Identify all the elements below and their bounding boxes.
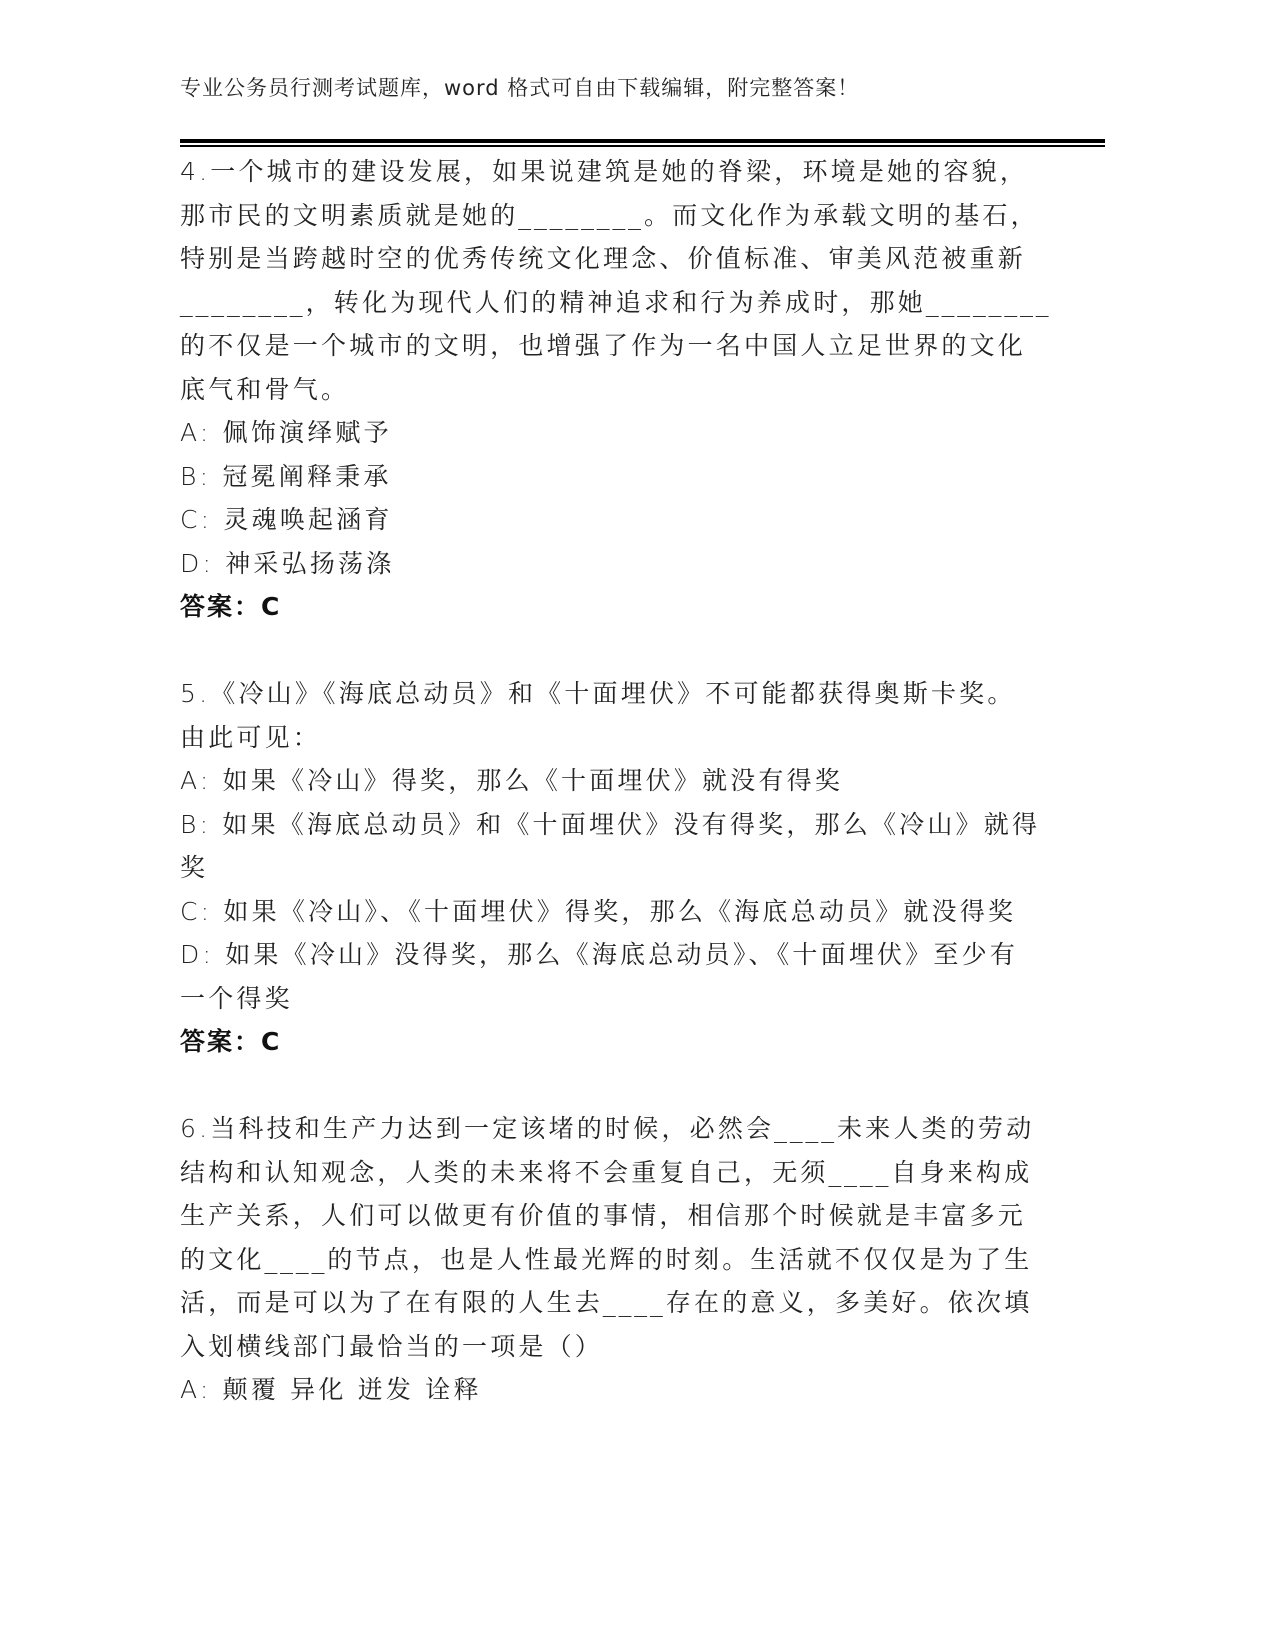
question-6: 6.当科技和生产力达到一定该堵的时候，必然会____未来人类的劳动 结构和认知观… [180,1107,1030,1412]
question-stem-line: 底气和骨气。 [180,368,1030,412]
option-b-continued: 奖 [180,846,1030,890]
question-stem-line: 4.一个城市的建设发展，如果说建筑是她的脊梁，环境是她的容貌， [180,150,1030,194]
question-stem-line: 的不仅是一个城市的文明，也增强了作为一名中国人立足世界的文化 [180,324,1030,368]
question-stem-line: 结构和认知观念，人类的未来将不会重复自己，无须____自身来构成 [180,1151,1030,1195]
question-4: 4.一个城市的建设发展，如果说建筑是她的脊梁，环境是她的容貌， 那市民的文明素质… [180,150,1030,629]
question-stem-line: 活，而是可以为了在有限的人生去____存在的意义，多美好。依次填 [180,1281,1030,1325]
question-stem-line: 的文化____的节点，也是人性最光辉的时刻。生活就不仅仅是为了生 [180,1238,1030,1282]
answer-label: 答案：C [180,585,1030,629]
question-stem-line: 入划横线部门最恰当的一项是（） [180,1325,1030,1369]
option-a: A: 佩饰演绎赋予 [180,411,1030,455]
question-stem-line: 由此可见： [180,716,1030,760]
question-stem-line: 特别是当跨越时空的优秀传统文化理念、价值标准、审美风范被重新 [180,237,1030,281]
option-d: D: 如果《冷山》没得奖，那么《海底总动员》、《十面埋伏》至少有 [180,933,1030,977]
question-stem-line: 那市民的文明素质就是她的________。而文化作为承载文明的基石， [180,194,1030,238]
option-a: A: 颠覆 异化 迸发 诠释 [180,1368,1030,1412]
option-d-continued: 一个得奖 [180,977,1030,1021]
option-d: D: 神采弘扬荡涤 [180,542,1030,586]
question-list: 4.一个城市的建设发展，如果说建筑是她的脊梁，环境是她的容貌， 那市民的文明素质… [180,150,1030,1412]
option-b: B: 冠冕阐释秉承 [180,455,1030,499]
answer-label: 答案：C [180,1020,1030,1064]
option-c: C: 灵魂唤起涵育 [180,498,1030,542]
question-stem-line: 5.《冷山》《海底总动员》和《十面埋伏》不可能都获得奥斯卡奖。 [180,672,1030,716]
question-stem-line: 6.当科技和生产力达到一定该堵的时候，必然会____未来人类的劳动 [180,1107,1030,1151]
header-double-rule [180,139,1105,147]
question-5: 5.《冷山》《海底总动员》和《十面埋伏》不可能都获得奥斯卡奖。 由此可见： A:… [180,672,1030,1064]
rule-thin-line [180,145,1105,147]
option-a: A: 如果《冷山》得奖，那么《十面埋伏》就没有得奖 [180,759,1030,803]
question-stem-line: 生产关系，人们可以做更有价值的事情，相信那个时候就是丰富多元 [180,1194,1030,1238]
document-header: 专业公务员行测考试题库，word 格式可自由下载编辑，附完整答案！ [180,72,859,102]
question-stem-line: ________，转化为现代人们的精神追求和行为养成时，那她________ [180,281,1030,325]
option-c: C: 如果《冷山》、《十面埋伏》得奖，那么《海底总动员》就没得奖 [180,890,1030,934]
option-b: B: 如果《海底总动员》和《十面埋伏》没有得奖，那么《冷山》就得 [180,803,1030,847]
